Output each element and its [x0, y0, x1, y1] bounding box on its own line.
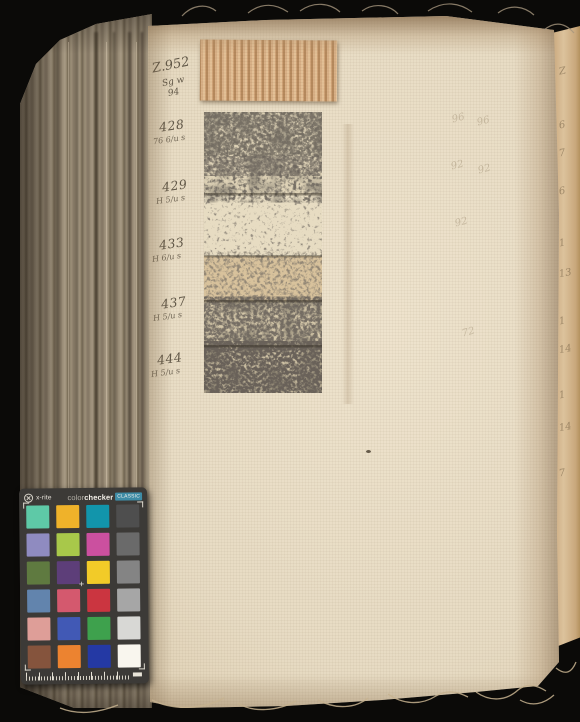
color-patch-purplish-blue [57, 617, 80, 640]
ruler-end-block [133, 672, 142, 676]
page-gutter-shadow [514, 14, 560, 708]
color-patch-yellow-green [56, 533, 79, 556]
colorchecker-card: x-rite colorchecker CLASSIC + [19, 487, 149, 684]
damaged-corner-leather [21, 19, 54, 59]
textile-sample-book-photograph: Z 6 7 6 1 13 1 14 1 14 7 [0, 0, 580, 722]
adjacent-page-mark: Z [558, 65, 567, 77]
sample-book-page: Z.952 Sg w 94 428 76 6/u s 429 H 5/u s 4… [146, 14, 560, 708]
adjacent-page-mark: 7 [558, 148, 566, 160]
color-patch-black [116, 504, 139, 527]
color-patch-red [87, 589, 110, 612]
adjacent-page-mark: 13 [558, 267, 572, 280]
adjacent-page-mark: 7 [558, 468, 566, 480]
registration-corner-mark [23, 503, 29, 509]
ink-fleck [366, 450, 371, 453]
registration-corner-mark [25, 665, 31, 671]
color-patch-blue-sky [27, 589, 50, 612]
color-patch-light-skin [27, 617, 50, 640]
color-patch-neutral-3-5 [116, 532, 139, 555]
colorchecker-title: colorchecker [67, 492, 113, 501]
adjacent-page-mark: 1 [558, 390, 566, 402]
center-cross-mark: + [79, 579, 84, 589]
ruler-minor-ticks [26, 676, 130, 681]
page-top-shadow [146, 14, 560, 54]
color-patch-purple [57, 561, 80, 584]
color-patch-neutral-5 [117, 560, 140, 583]
color-patch-bluish-green [26, 505, 49, 528]
classic-badge: CLASSIC [115, 492, 142, 500]
registration-corner-mark [139, 663, 145, 669]
page-bottom-shadow [146, 674, 560, 708]
printed-fabric-swatch-strip [204, 112, 322, 393]
xrite-logo-icon [24, 493, 33, 502]
adjacent-page-mark: 14 [558, 421, 572, 434]
color-patch-foliage [27, 561, 50, 584]
color-patch-green [87, 617, 110, 640]
color-patch-neutral-8 [117, 616, 140, 639]
adjacent-page-mark: 1 [558, 316, 566, 328]
color-patch-dark-skin [28, 645, 51, 668]
color-patch-orange [58, 645, 81, 668]
color-patch-magenta [86, 533, 109, 556]
color-patch-orange-yellow [56, 505, 79, 528]
color-patch-cyan [86, 505, 109, 528]
page-left-shadow [146, 14, 172, 708]
color-patch-neutral-6-5 [117, 588, 140, 611]
colorchecker-header: x-rite colorchecker CLASSIC [19, 487, 147, 504]
page-crease [342, 124, 354, 404]
registration-corner-mark [137, 501, 143, 507]
colorchecker-title-light: color [67, 492, 84, 501]
color-patch-yellow [87, 561, 110, 584]
ruler-scale [26, 671, 130, 681]
adjacent-page-mark: 14 [558, 343, 572, 356]
color-patch-blue [88, 645, 111, 668]
color-patch-moderate-red [57, 589, 80, 612]
color-patch-blue-flower [26, 533, 49, 556]
xrite-brand-text: x-rite [36, 494, 52, 501]
color-patch-white [118, 644, 141, 667]
adjacent-page-mark: 6 [558, 186, 566, 198]
colorchecker-title-bold: checker [84, 492, 113, 501]
adjacent-page-mark: 1 [558, 238, 566, 250]
adjacent-page-mark: 6 [558, 120, 566, 132]
